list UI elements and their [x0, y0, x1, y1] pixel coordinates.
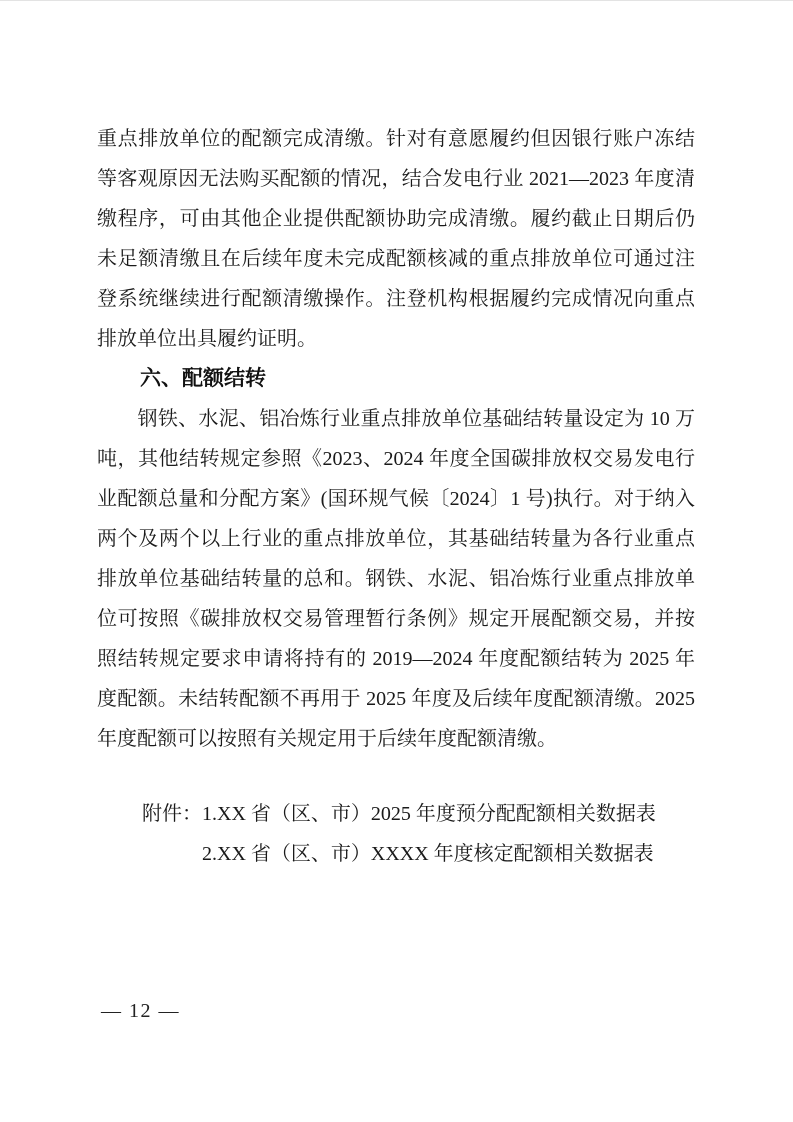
- body-text-line: 登系统继续进行配额清缴操作。注登机构根据履约完成情况向重点: [97, 279, 695, 319]
- body-text-line: 照结转规定要求申请将持有的 2019—2024 年度配额结转为 2025 年: [97, 639, 695, 679]
- body-text-line: 两个及两个以上行业的重点排放单位，其基础结转量为各行业重点: [97, 519, 695, 559]
- attachment-item: 1.XX 省（区、市）2025 年度预分配配额相关数据表: [202, 794, 656, 834]
- attachments-row: 附件： 1.XX 省（区、市）2025 年度预分配配额相关数据表2.XX 省（区…: [142, 794, 695, 874]
- body-text-line: 钢铁、水泥、铝冶炼行业重点排放单位基础结转量设定为 10 万: [97, 399, 695, 439]
- body-text-line: 缴程序，可由其他企业提供配额协助完成清缴。履约截止日期后仍: [97, 199, 695, 239]
- body-text-line: 排放单位出具履约证明。: [97, 319, 695, 359]
- section-heading-6: 六、配额结转: [97, 359, 695, 399]
- body-text-line: 位可按照《碳排放权交易管理暂行条例》规定开展配额交易，并按: [97, 599, 695, 639]
- document-body: 重点排放单位的配额完成清缴。针对有意愿履约但因银行账户冻结等客观原因无法购买配额…: [97, 119, 695, 874]
- body-text-line: 度配额。未结转配额不再用于 2025 年度及后续年度配额清缴。2025: [97, 679, 695, 719]
- body-text-line: 重点排放单位的配额完成清缴。针对有意愿履约但因银行账户冻结: [97, 119, 695, 159]
- body-text-line: 等客观原因无法购买配额的情况，结合发电行业 2021—2023 年度清: [97, 159, 695, 199]
- body-text-line: 排放单位基础结转量的总和。钢铁、水泥、铝冶炼行业重点排放单: [97, 559, 695, 599]
- attachment-item: 2.XX 省（区、市）XXXX 年度核定配额相关数据表: [202, 834, 656, 874]
- paragraph-compliance-closing: 重点排放单位的配额完成清缴。针对有意愿履约但因银行账户冻结等客观原因无法购买配额…: [97, 119, 695, 359]
- document-page: 重点排放单位的配额完成清缴。针对有意愿履约但因银行账户冻结等客观原因无法购买配额…: [0, 0, 793, 1122]
- page-number: — 12 —: [101, 1000, 180, 1022]
- attachments-block: 附件： 1.XX 省（区、市）2025 年度预分配配额相关数据表2.XX 省（区…: [97, 794, 695, 874]
- body-text-line: 吨，其他结转规定参照《2023、2024 年度全国碳排放权交易发电行: [97, 439, 695, 479]
- attachments-label: 附件：: [142, 794, 202, 834]
- body-text-line: 未足额清缴且在后续年度未完成配额核减的重点排放单位可通过注: [97, 239, 695, 279]
- body-text-line: 年度配额可以按照有关规定用于后续年度配额清缴。: [97, 719, 695, 759]
- paragraph-quota-carryover: 钢铁、水泥、铝冶炼行业重点排放单位基础结转量设定为 10 万吨，其他结转规定参照…: [97, 399, 695, 759]
- body-text-line: 业配额总量和分配方案》(国环规气候〔2024〕1 号)执行。对于纳入: [97, 479, 695, 519]
- page-footer: — 12 —: [101, 997, 180, 1025]
- attachments-list: 1.XX 省（区、市）2025 年度预分配配额相关数据表2.XX 省（区、市）X…: [202, 794, 656, 874]
